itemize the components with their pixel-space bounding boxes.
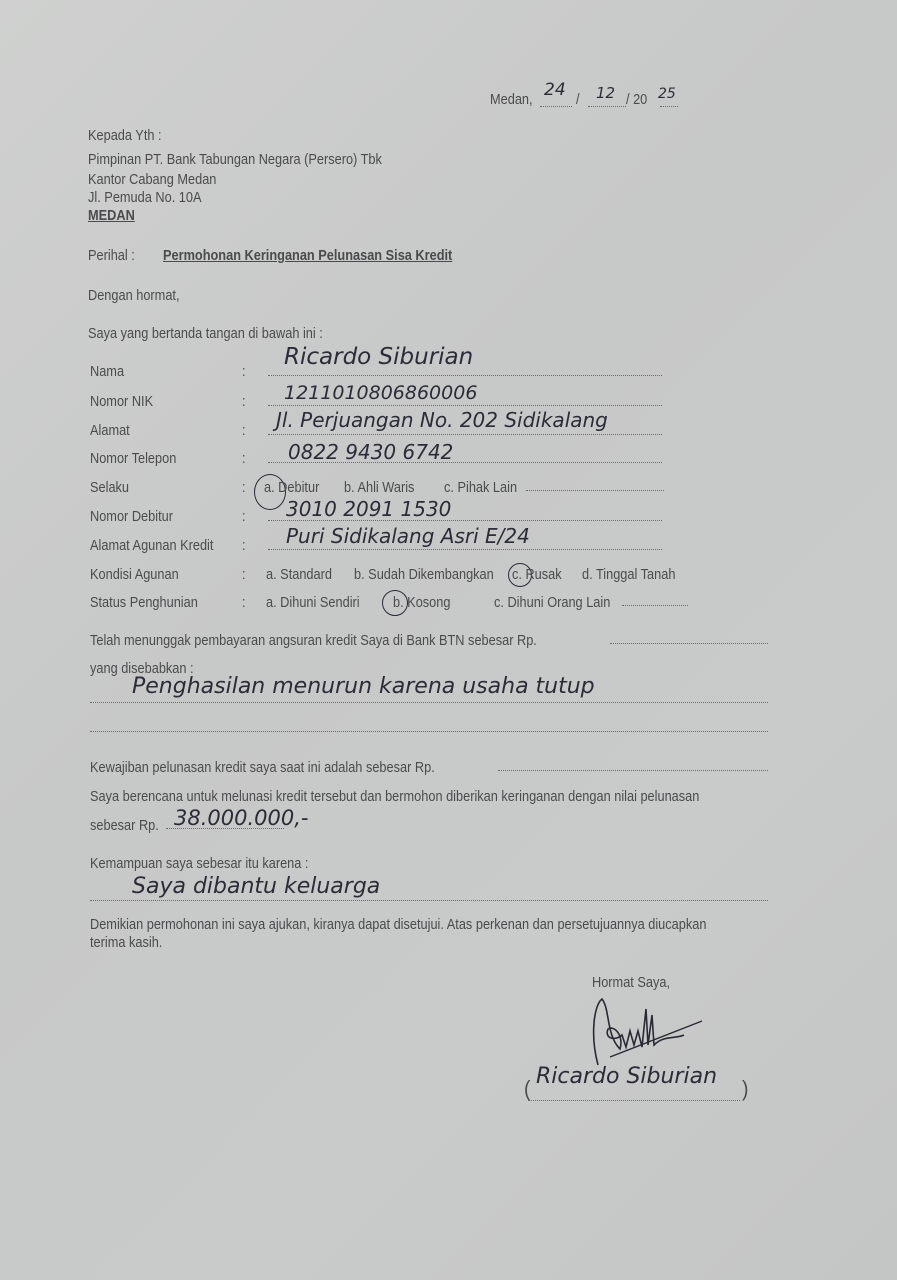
colon: : bbox=[242, 451, 246, 467]
status-lain-line bbox=[622, 605, 688, 606]
recipient-line1: Pimpinan PT. Bank Tabungan Negara (Perse… bbox=[88, 152, 382, 168]
kondisi-option-b[interactable]: b. Sudah Dikembangkan bbox=[354, 567, 494, 583]
rencana-text: Saya berencana untuk melunasi kredit ter… bbox=[90, 789, 699, 805]
kemampuan-value: Saya dibantu keluarga bbox=[132, 874, 380, 899]
signature-label: Hormat Saya, bbox=[592, 975, 670, 991]
colon: : bbox=[242, 567, 246, 583]
date-year-line bbox=[660, 106, 678, 107]
recipient-city: MEDAN bbox=[88, 208, 135, 224]
signature-close-paren: ) bbox=[742, 1076, 748, 1102]
agunan-line bbox=[268, 549, 662, 550]
date-place: Medan, bbox=[490, 92, 533, 108]
label-status: Status Penghunian bbox=[90, 595, 198, 611]
field-nama: Ricardo Siburian bbox=[284, 344, 473, 370]
selaku-option-c[interactable]: c. Pihak Lain bbox=[444, 480, 517, 496]
selaku-option-b[interactable]: b. Ahli Waris bbox=[344, 480, 414, 496]
recipient-line3: Jl. Pemuda No. 10A bbox=[88, 190, 201, 206]
recipient-line2: Kantor Cabang Medan bbox=[88, 172, 216, 188]
signature-open-paren: ( bbox=[524, 1076, 530, 1102]
label-debitur: Nomor Debitur bbox=[90, 509, 173, 525]
kondisi-option-a[interactable]: a. Standard bbox=[266, 567, 332, 583]
kewajiban-text: Kewajiban pelunasan kredit saya saat ini… bbox=[90, 760, 435, 776]
nama-line bbox=[268, 375, 662, 376]
date-day: 24 bbox=[544, 80, 566, 100]
nik-line bbox=[268, 405, 662, 406]
date-month: 12 bbox=[596, 84, 615, 102]
signature-scribble bbox=[580, 995, 710, 1075]
label-kondisi: Kondisi Agunan bbox=[90, 567, 179, 583]
closing-line1: Demikian permohonan ini saya ajukan, kir… bbox=[90, 917, 706, 933]
date-month-line bbox=[588, 106, 626, 107]
kewajiban-line bbox=[498, 770, 768, 771]
subject-label: Perihal : bbox=[88, 248, 135, 264]
tunggakan-text: Telah menunggak pembayaran angsuran kred… bbox=[90, 633, 537, 649]
date-year: 25 bbox=[658, 86, 676, 102]
field-alamat: Jl. Perjuangan No. 202 Sidikalang bbox=[276, 408, 608, 432]
status-option-b[interactable]: b. Kosong bbox=[393, 595, 450, 611]
tunggakan-line bbox=[610, 643, 768, 644]
label-nama: Nama bbox=[90, 364, 124, 380]
subject-value: Permohonan Keringanan Pelunasan Sisa Kre… bbox=[163, 248, 452, 264]
selaku-lain-line bbox=[526, 490, 664, 491]
date-sep: / bbox=[576, 92, 580, 108]
field-telepon: 0822 9430 6742 bbox=[288, 440, 453, 464]
recipient-salutation: Kepada Yth : bbox=[88, 128, 162, 144]
colon: : bbox=[242, 364, 246, 380]
colon: : bbox=[242, 480, 246, 496]
colon: : bbox=[242, 423, 246, 439]
field-nik: 1211010806860006 bbox=[284, 382, 477, 404]
greeting: Dengan hormat, bbox=[88, 288, 180, 304]
sebesar-value: 38.000.000,- bbox=[174, 806, 309, 830]
kemampuan-line bbox=[90, 900, 768, 901]
field-agunan-alamat: Puri Sidikalang Asri E/24 bbox=[286, 524, 530, 548]
alamat-line bbox=[268, 434, 662, 435]
label-agunan-alamat: Alamat Agunan Kredit bbox=[90, 538, 213, 554]
sebab-line-2 bbox=[90, 731, 768, 732]
intro: Saya yang bertanda tangan di bawah ini : bbox=[88, 326, 323, 342]
label-telepon: Nomor Telepon bbox=[90, 451, 176, 467]
status-option-c[interactable]: c. Dihuni Orang Lain bbox=[494, 595, 610, 611]
kemampuan-label: Kemampuan saya sebesar itu karena : bbox=[90, 856, 308, 872]
label-alamat: Alamat bbox=[90, 423, 130, 439]
colon: : bbox=[242, 394, 246, 410]
sebesar-label: sebesar Rp. bbox=[90, 818, 159, 834]
selaku-option-a[interactable]: a. Debitur bbox=[264, 480, 319, 496]
sebab-line-1 bbox=[90, 702, 768, 703]
status-option-a[interactable]: a. Dihuni Sendiri bbox=[266, 595, 360, 611]
label-nik: Nomor NIK bbox=[90, 394, 153, 410]
colon: : bbox=[242, 595, 246, 611]
colon: : bbox=[242, 538, 246, 554]
kondisi-option-d[interactable]: d. Tinggal Tanah bbox=[582, 567, 675, 583]
colon: : bbox=[242, 509, 246, 525]
kondisi-option-c[interactable]: c. Rusak bbox=[512, 567, 562, 583]
sebab-value: Penghasilan menurun karena usaha tutup bbox=[132, 674, 595, 699]
date-day-line bbox=[540, 106, 572, 107]
label-selaku: Selaku bbox=[90, 480, 129, 496]
closing-line2: terima kasih. bbox=[90, 935, 162, 951]
date-year-prefix: / 20 bbox=[626, 92, 647, 108]
signature-name: Ricardo Siburian bbox=[536, 1064, 717, 1089]
field-debitur: 3010 2091 1530 bbox=[286, 497, 451, 521]
signature-line bbox=[528, 1100, 740, 1101]
